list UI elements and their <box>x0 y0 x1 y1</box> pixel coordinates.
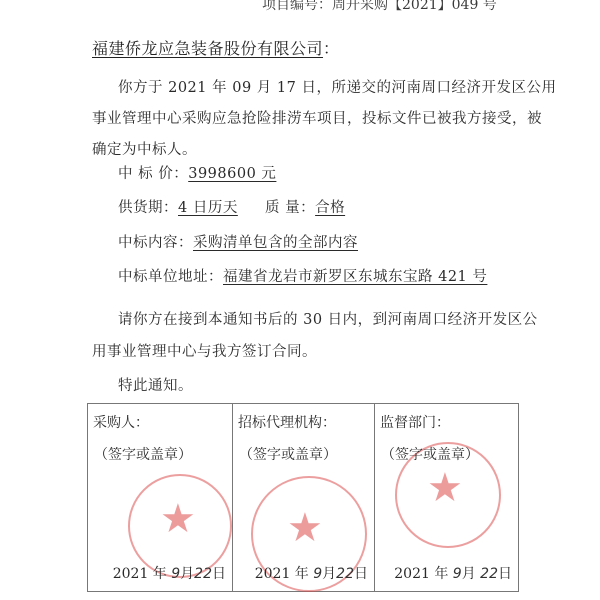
agency-sign-hint: （签字或盖章） <box>239 444 337 464</box>
quality-label: 质 量： <box>265 200 315 216</box>
body-para1-line2: 事业管理中心采购应急抢险排涝车项目，投标文件已被我方接受，被 <box>92 107 542 128</box>
quality-value: 合格 <box>315 200 345 216</box>
date-day: 22 <box>336 566 354 582</box>
date-day: 22 <box>480 566 498 582</box>
recipient-company: 福建侨龙应急装备股份有限公司 <box>92 39 323 58</box>
bid-price-row: 中 标 价：3998600 元 <box>118 162 276 183</box>
date-month: 9 <box>453 566 462 582</box>
body-para1-line1: 你方于 2021 年 09 月 17 日，所递交的河南周口经济开发区公用 <box>118 76 556 97</box>
supervisor-date: 2021 年 9月 22日 <box>394 563 512 583</box>
quality-row: 质 量：合格 <box>265 196 345 217</box>
content-value: 采购清单包含的全部内容 <box>193 235 358 251</box>
date-year: 2021 年 <box>113 566 172 582</box>
date-year: 2021 年 <box>394 566 453 582</box>
body-para2-line1: 请你方在接到本通知书后的 30 日内，到河南周口经济开发区公 <box>118 308 538 329</box>
date-day-unit: 日 <box>354 566 368 582</box>
bid-price-label: 中 标 价： <box>118 166 188 182</box>
closing-text: 特此通知。 <box>118 374 193 395</box>
date-day: 22 <box>194 566 212 582</box>
seal-star-icon: ★ <box>160 499 196 539</box>
recipient-colon: ： <box>323 39 340 58</box>
purchaser-date: 2021 年 9月22日 <box>113 563 226 583</box>
body-para2-line2: 用事业管理中心与我方签订合同。 <box>92 340 317 361</box>
signature-cell-purchaser: ★ 采购人： （签字或盖章） 2021 年 9月22日 <box>88 404 233 591</box>
seal-star-icon: ★ <box>427 468 463 508</box>
delivery-label: 供货期： <box>118 200 178 216</box>
date-month: 9 <box>313 566 322 582</box>
seal-star-icon: ★ <box>287 508 323 548</box>
delivery-value: 4 日历天 <box>178 200 238 216</box>
supervisor-sign-hint: （签字或盖章） <box>381 444 479 464</box>
address-value: 福建省龙岩市新罗区东城东宝路 421 号 <box>223 269 487 285</box>
date-month-unit: 月 <box>180 566 194 582</box>
date-day-unit: 日 <box>212 566 226 582</box>
date-month-unit: 月 <box>322 566 336 582</box>
date-month-unit: 月 <box>462 566 480 582</box>
date-day-unit: 日 <box>498 566 512 582</box>
project-number: 项目编号：周开采购【2021】049 号 <box>262 0 497 14</box>
agency-date: 2021 年 9月22日 <box>255 563 368 583</box>
date-year: 2021 年 <box>255 566 314 582</box>
bid-price-value: 3998600 元 <box>188 166 276 182</box>
address-row: 中标单位地址：福建省龙岩市新罗区东城东宝路 421 号 <box>118 265 487 286</box>
signature-cell-supervisor: ★ 监督部门： （签字或盖章） 2021 年 9月 22日 <box>375 404 518 591</box>
recipient-line: 福建侨龙应急装备股份有限公司： <box>92 36 340 59</box>
content-row: 中标内容：采购清单包含的全部内容 <box>118 231 358 252</box>
purchaser-sign-hint: （签字或盖章） <box>94 444 192 464</box>
date-month: 9 <box>171 566 180 582</box>
agency-label: 招标代理机构： <box>238 412 336 432</box>
delivery-row: 供货期：4 日历天 <box>118 196 238 217</box>
content-label: 中标内容： <box>118 235 193 251</box>
body-para1-line3: 确定为中标人。 <box>92 138 197 159</box>
signature-cell-agency: ★ 招标代理机构： （签字或盖章） 2021 年 9月22日 <box>233 404 375 591</box>
purchaser-label: 采购人： <box>93 412 149 432</box>
signature-table: ★ 采购人： （签字或盖章） 2021 年 9月22日 ★ 招标代理机构： （签… <box>87 403 519 592</box>
supervisor-label: 监督部门： <box>380 412 450 432</box>
address-label: 中标单位地址： <box>118 269 223 285</box>
